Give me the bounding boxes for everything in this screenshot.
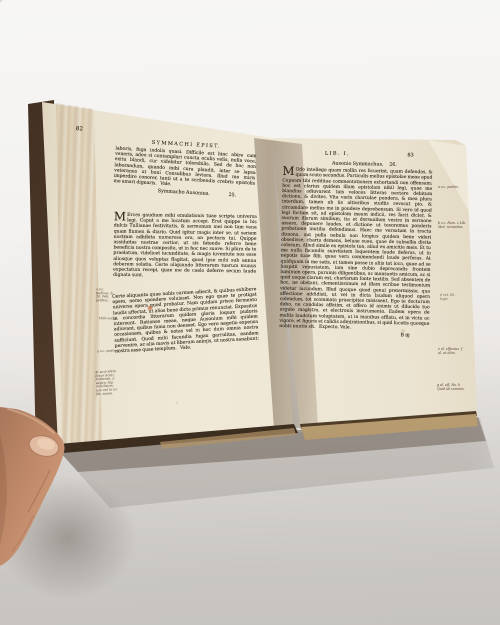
right-page-number: 83 xyxy=(407,153,413,159)
right-margin-note: d vet. lib. legis xyxy=(440,294,462,301)
left-margin-note: a v.c. pedissi. xyxy=(97,349,119,353)
left-section-number: 25. xyxy=(228,193,236,199)
left-page-body-lower: Certe aliquanta quae nobis carmen adieci… xyxy=(112,286,259,354)
left-page-body-upper: MErces gaudium mihi emulationis tuae scr… xyxy=(113,212,257,280)
right-margin-note: a v.c. pediss. xyxy=(438,186,460,190)
left-page-upper-text: SYMMACHI EPIST. laboris, fuga indolis qu… xyxy=(113,138,257,201)
left-page-number: 82 xyxy=(75,126,83,132)
photo-scene: 82 SYMMACHI EPIST. laboris, fuga indolis… xyxy=(0,0,500,625)
right-page-body: MOdo intellego quam mollia res licuerint… xyxy=(279,167,432,332)
left-margin-note: Vide notas. xyxy=(99,317,121,321)
right-page-text: LIB. I. 83 Ausonio Symmachus. 26. MOdo i… xyxy=(279,150,433,339)
hand xyxy=(0,395,120,625)
left-margin-note: a v.c. pedisse. b 2d. Feb. politiss. xyxy=(96,288,118,303)
left-drop-cap: M xyxy=(114,212,127,222)
left-margin-note: At ea b idem fictor Scoti, Ambrosii, a v… xyxy=(95,370,120,397)
right-margin-note: b v.c. Rom. c Lib. Mut. venustiss. xyxy=(438,222,467,229)
right-running-header: LIB. I. 83 xyxy=(283,150,433,161)
hand-silhouette xyxy=(0,407,65,566)
right-section-number: 26. xyxy=(389,162,397,168)
foxing-specks xyxy=(0,0,2,2)
left-paragraph-fragment: laboris, fuga indolis quasi. Difficile e… xyxy=(113,146,256,192)
right-margin-note: e al. effusius. f al. ut olim. xyxy=(438,348,466,355)
right-margin-note: g al. eff. Ro. h Quid sit commis. xyxy=(437,384,466,391)
right-drop-cap: M xyxy=(282,167,295,177)
